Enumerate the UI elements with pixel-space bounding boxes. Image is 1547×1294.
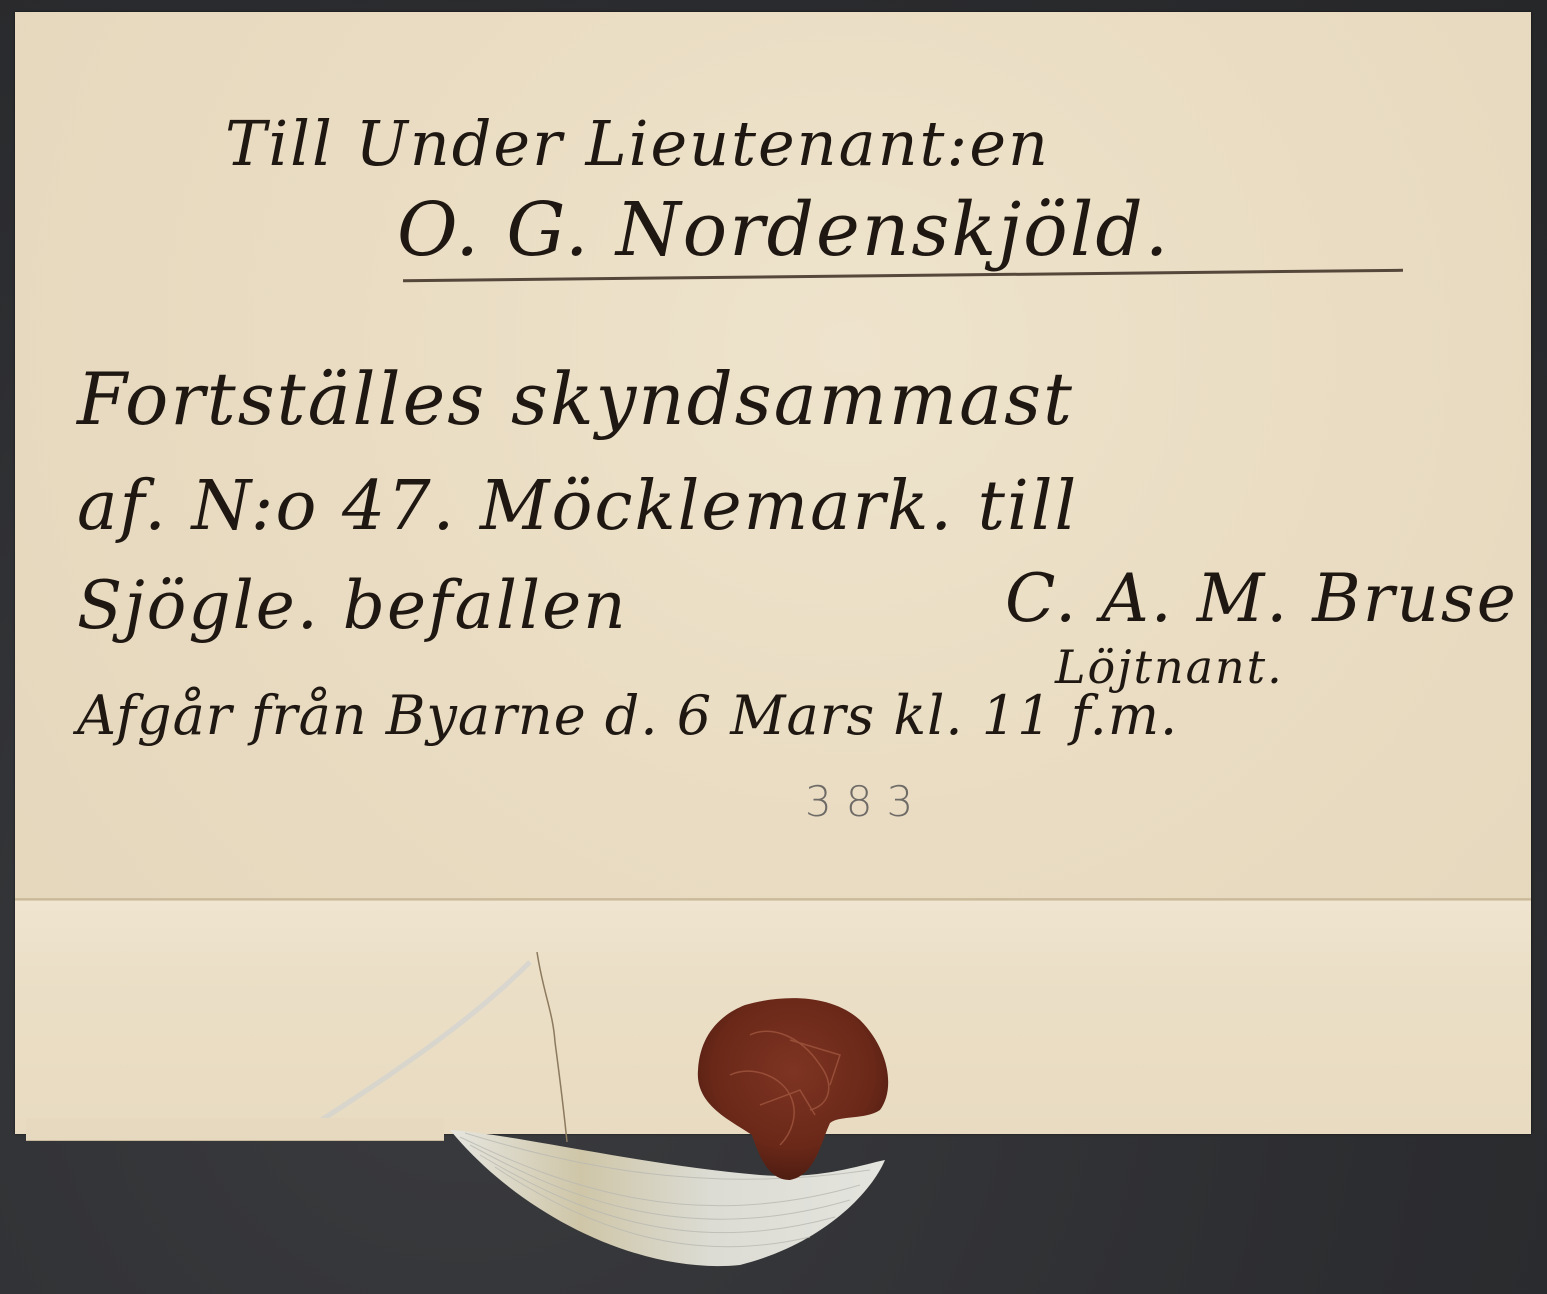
paper-crease-diagonal	[285, 957, 535, 1142]
paper-crack	[533, 952, 583, 1142]
wax-seal-icon	[690, 995, 890, 1195]
letter-cover: Till Under Lieutenant:en O. G. Nordenskj…	[15, 12, 1531, 1134]
signature: C. A. M. Bruse	[1005, 560, 1518, 637]
recipient-name: O. G. Nordenskjöld.	[397, 187, 1170, 273]
body-line-1: Fortställes skyndsammast	[77, 357, 1074, 441]
address-line-1: Till Under Lieutenant:en	[225, 107, 1050, 180]
body-line-2: af. N:o 47. Möcklemark. till	[77, 467, 1078, 546]
archive-number: 383	[805, 777, 927, 826]
flap-edge	[26, 1118, 444, 1141]
dispatch-note: Afgår från Byarne d. 6 Mars kl. 11 f.m.	[77, 684, 1178, 747]
fold-crease	[15, 898, 1531, 901]
body-line-3: Sjögle. befallen	[77, 567, 628, 644]
